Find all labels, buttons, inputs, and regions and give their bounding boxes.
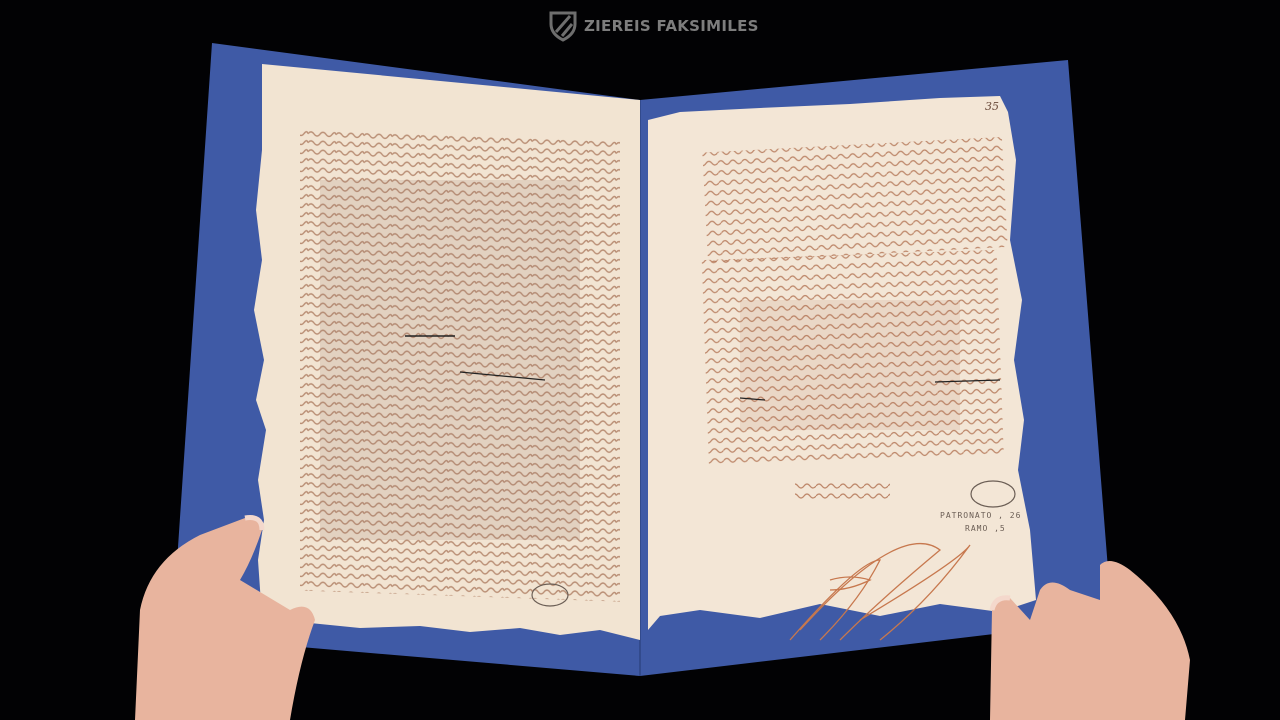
manuscript-pages: [0, 0, 1280, 720]
archive-reference-line2: RAMO ,5: [965, 524, 1006, 533]
photo-scene: ZIEREIS FAKSIMILES: [0, 0, 1280, 720]
right-page: [648, 96, 1036, 640]
left-page: [254, 64, 640, 640]
closing-note: [795, 480, 890, 502]
archive-reference-line1: PATRONATO , 26: [940, 511, 1021, 520]
folio-number: 35: [985, 100, 999, 113]
